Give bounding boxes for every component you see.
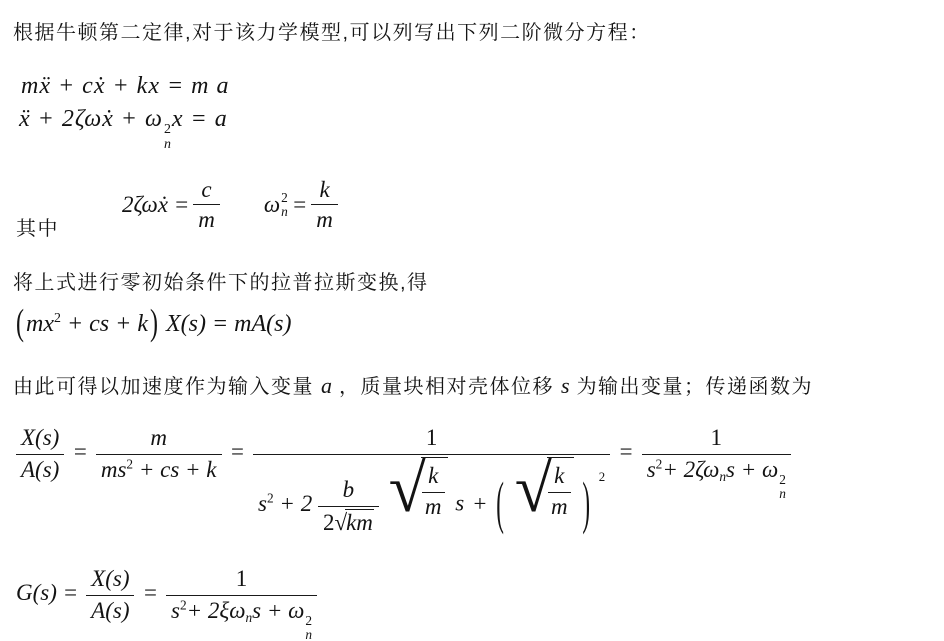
plus-2: + 2 — [279, 491, 312, 516]
equation-laplace: ( mx2 + cs + k ) X(s) = mA(s) — [14, 302, 291, 346]
fraction-num: k — [548, 460, 571, 492]
document-page: 根据牛顿第二定律,对于该力学模型,可以列写出下列二阶微分方程： mẍ + cẋ … — [0, 0, 944, 641]
fraction-den: s2+ 2ξωns + ω2n — [166, 595, 317, 641]
zeta-omega: + 2ζω — [662, 457, 719, 482]
definitions-row: 2ζωẋ = c m ω2n = k m — [122, 173, 338, 237]
eq3-tail: + cs + k — [61, 311, 148, 337]
fraction-den: m — [193, 204, 220, 233]
sub-n: n — [305, 628, 312, 641]
fraction-num: m — [96, 422, 222, 454]
eq3-lead: mx — [26, 311, 54, 337]
radicand: k m — [547, 457, 574, 520]
p3-text-2: ，质量块相对壳体位移 — [339, 376, 554, 398]
sup-2: 2 — [180, 597, 187, 612]
coef-2: 2 — [323, 510, 335, 535]
fraction-den: m — [548, 492, 571, 520]
sub-n: n — [719, 469, 726, 484]
fraction-num: b — [318, 474, 379, 506]
eq2-lead: ẍ + 2ζωẋ + ω — [19, 106, 163, 132]
definition-natural-frequency: ω2n = k m — [264, 177, 338, 233]
inline-var-a: a — [321, 373, 332, 398]
fraction-expanded: 1 s2 + 2 b 2√km √ k m s + — [253, 422, 610, 536]
fraction-m-over-ms2csk: m ms2 + cs + k — [96, 422, 222, 483]
fraction-Xs-over-As: X(s) A(s) — [86, 563, 134, 624]
omega-n-squared: 2n — [779, 473, 786, 501]
s-plus-omega: s + ω — [252, 598, 304, 623]
fraction-c-over-m: c m — [193, 177, 220, 233]
sup-2: 2 — [305, 614, 312, 628]
sqrt-k-over-m: √ k m — [515, 457, 574, 520]
fraction-b-over-2sqrt-km: b 2√km — [318, 474, 379, 536]
sup-2: 2 — [281, 191, 288, 205]
equals-sign: = — [618, 439, 634, 465]
fraction-den: ms2 + cs + k — [96, 454, 222, 483]
fraction-den: s2 + 2 b 2√km √ k m s + ( — [253, 454, 610, 536]
equation-newton-text: mẍ + cẋ + kx = m a — [21, 73, 230, 99]
fraction-num: 1 — [253, 422, 610, 454]
den-lead: ms — [101, 457, 127, 482]
inline-var-s: s — [561, 373, 570, 398]
fraction-k-over-m: k m — [311, 177, 338, 233]
sub-n: n — [164, 138, 172, 153]
label-where: 其中 — [16, 212, 59, 241]
omega-base: ω — [264, 192, 280, 218]
s-factor: s — [455, 491, 464, 516]
s-plus-omega: s + ω — [726, 457, 778, 482]
fraction-canonical: 1 s2+ 2ξωns + ω2n — [166, 563, 317, 641]
fraction-k-over-m: k m — [548, 460, 571, 520]
fraction-num: X(s) — [86, 563, 134, 595]
fraction-den: A(s) — [86, 595, 134, 624]
radicand: k m — [421, 457, 448, 520]
fraction-num: k — [422, 460, 445, 492]
omega-n-squared: 2n — [164, 123, 172, 152]
equation-normalized: ẍ + 2ζωẋ + ω2nx = a — [19, 106, 228, 152]
fraction-k-over-m: k m — [422, 460, 445, 520]
sup-2: 2 — [267, 490, 274, 505]
xi-omega: + 2ξω — [187, 598, 246, 623]
radicand-km: km — [345, 509, 374, 536]
s-term: s — [647, 457, 656, 482]
den-s2-plus2: s2 + 2 — [258, 491, 312, 516]
paragraph-transfer-intro: 由此可得以加速度作为输入变量a，质量块相对壳体位移s为输出变量；传递函数为 — [13, 370, 813, 399]
sqrt-km: √km — [334, 509, 373, 536]
equals-sign: = — [72, 439, 88, 465]
plus-sign: + — [472, 491, 488, 516]
equals-sign: = — [230, 439, 246, 465]
fraction-den: s2+ 2ζωns + ω2n — [642, 454, 791, 501]
fraction-den: 2√km — [318, 506, 379, 536]
eq3-rhs: X(s) = mA(s) — [166, 311, 292, 338]
fraction-den: m — [311, 204, 338, 233]
sub-n: n — [281, 205, 288, 219]
gs-lhs: G(s) = — [16, 580, 78, 606]
den-tail: + cs + k — [133, 457, 216, 482]
omega-n-squared: 2n — [281, 191, 288, 219]
right-paren: ) — [582, 470, 590, 536]
transfer-function-equation: X(s) A(s) = m ms2 + cs + k = 1 s2 + 2 b … — [16, 422, 791, 536]
sqrt-k-over-m: √ k m — [389, 457, 448, 520]
eq3-body: mx2 + cs + k — [26, 311, 148, 338]
paragraph-newton-intro: 根据牛顿第二定律,对于该力学模型,可以列写出下列二阶微分方程： — [13, 16, 651, 45]
paragraph-laplace: 将上式进行零初始条件下的拉普拉斯变换,得 — [13, 266, 429, 295]
gs-equation: G(s) = X(s) A(s) = 1 s2+ 2ξωns + ω2n — [16, 563, 317, 641]
omega-n-squared: 2n — [305, 614, 312, 641]
equals-sign: = — [292, 192, 308, 218]
left-paren: ( — [496, 470, 504, 536]
fraction-num: 1 — [642, 422, 791, 454]
p3-text-3: 为输出变量；传递函数为 — [577, 376, 814, 398]
sup-2: 2 — [164, 123, 172, 138]
def-damping-lhs: 2ζωẋ = — [122, 192, 189, 218]
left-paren: ( — [16, 303, 24, 345]
right-paren: ) — [150, 303, 158, 345]
eq2-tail: x = a — [172, 106, 228, 132]
fraction-Xs-over-As: X(s) A(s) — [16, 422, 64, 483]
fraction-den: A(s) — [16, 454, 64, 483]
fraction-num: k — [311, 177, 338, 204]
fraction-canonical: 1 s2+ 2ζωns + ω2n — [642, 422, 791, 501]
sup-2: 2 — [54, 311, 61, 326]
fraction-num: 1 — [166, 563, 317, 595]
equation-newton: mẍ + cẋ + kx = m a — [21, 73, 230, 100]
equals-sign: = — [142, 580, 158, 606]
s-term: s — [258, 491, 267, 516]
s-term: s — [171, 598, 180, 623]
p3-text-1: 由此可得以加速度作为输入变量 — [13, 376, 314, 398]
fraction-num: c — [193, 177, 220, 204]
fraction-den: m — [422, 492, 445, 520]
sub-n: n — [779, 487, 786, 501]
sup-2: 2 — [779, 473, 786, 487]
paren-sup-2: 2 — [599, 470, 605, 484]
fraction-num: X(s) — [16, 422, 64, 454]
definition-damping: 2ζωẋ = c m — [122, 177, 220, 233]
